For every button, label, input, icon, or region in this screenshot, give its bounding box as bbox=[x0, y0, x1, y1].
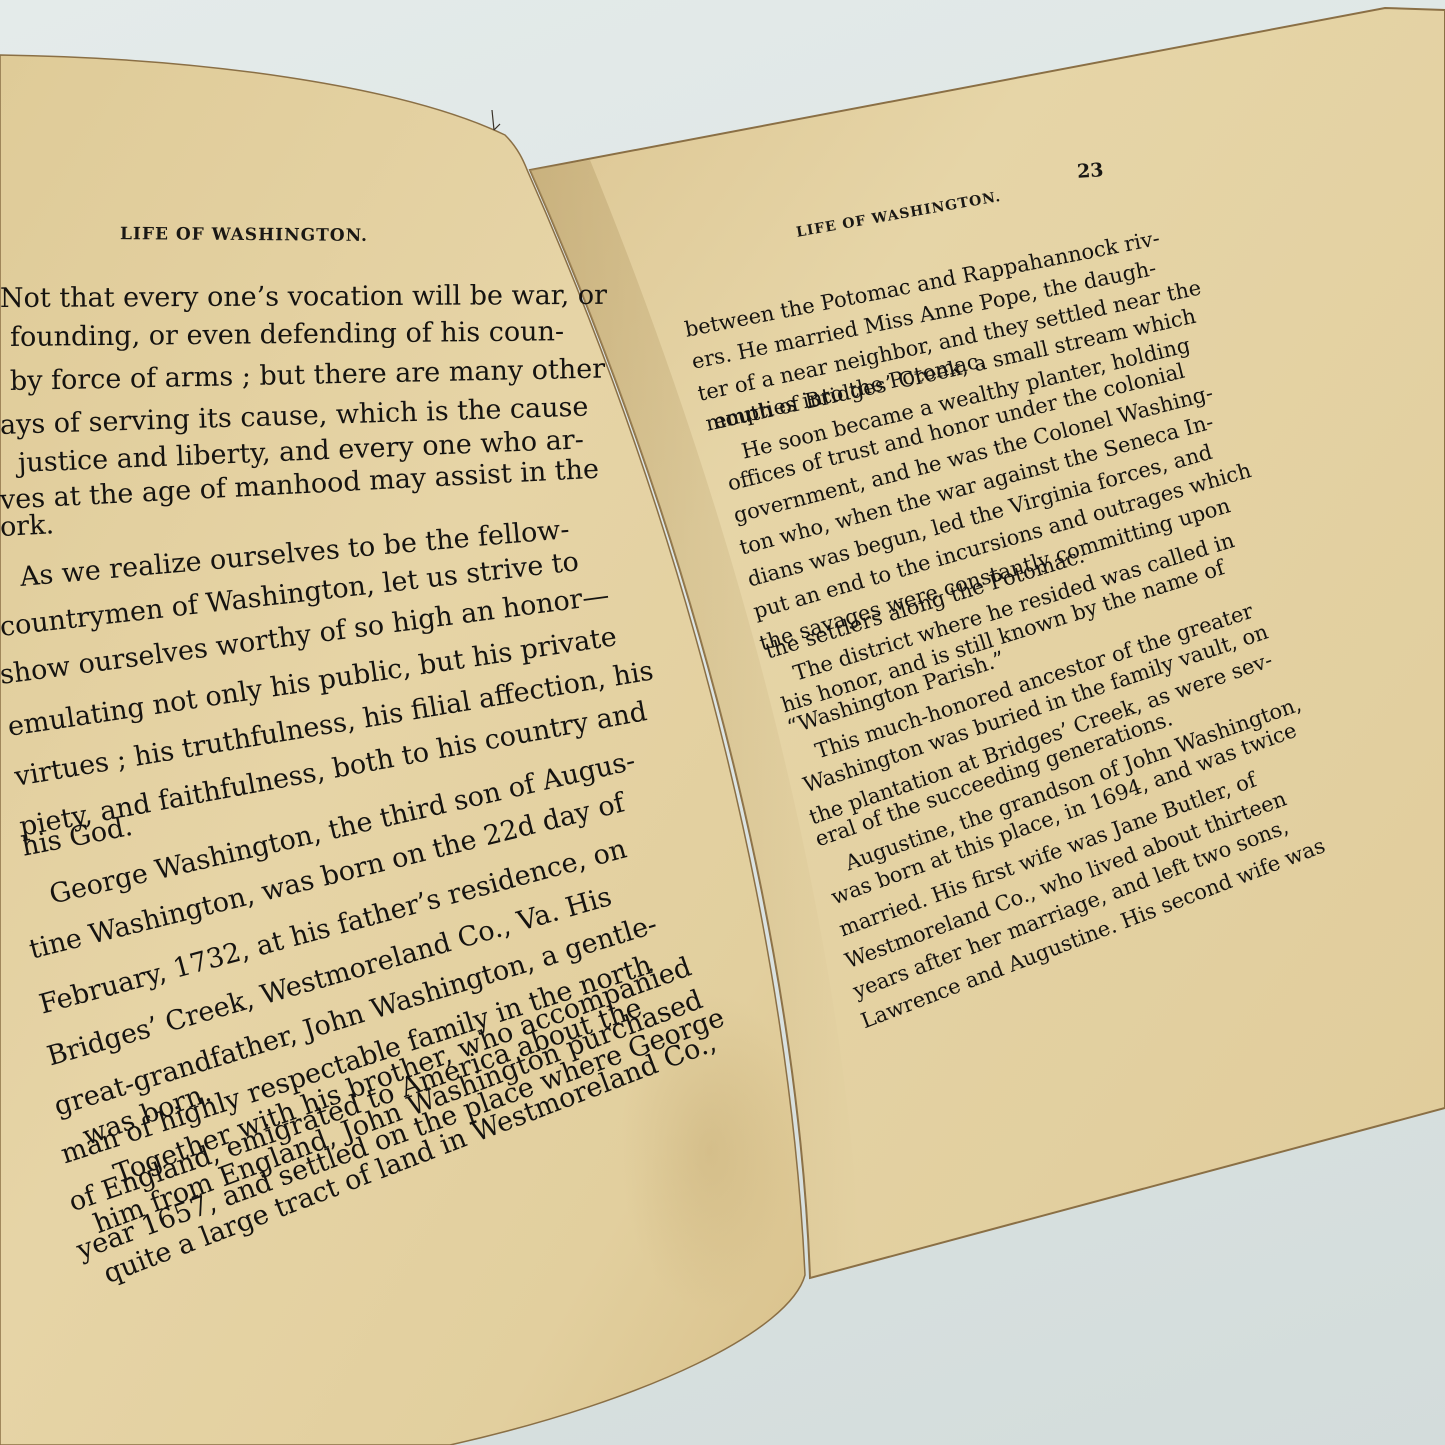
page-number: 23 bbox=[1076, 159, 1104, 183]
left-line: Not that every one’s vocation will be wa… bbox=[0, 280, 607, 314]
left-line: ork. bbox=[0, 509, 55, 543]
frayed-thread bbox=[492, 110, 500, 130]
left-line: founding, or even defending of his coun- bbox=[10, 316, 564, 353]
left-running-head: LIFE OF WASHINGTON. bbox=[120, 224, 368, 246]
book-photo: LIFE OF WASHINGTON. Not that every one’s… bbox=[0, 0, 1445, 1445]
